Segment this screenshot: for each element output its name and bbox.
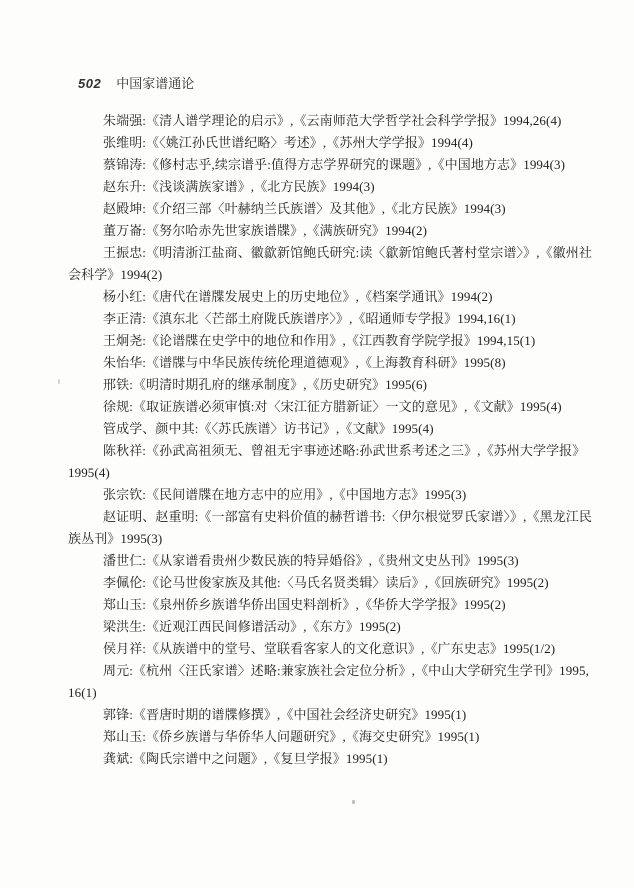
bibliography-entry: 赵东升:《浅谈满族家谱》,《北方民族》1994(3) [68, 176, 578, 198]
bibliography-line: 徐规:《取证族谱必须审慎:对〈宋江征方腊新证〉一文的意见》,《文献》1995(4… [68, 396, 578, 418]
bibliography-entry: 李佩伦:《论马世俊家族及其他:〈马氏名贤类辑〉读后》,《回族研究》1995(2) [68, 572, 578, 594]
bibliography-entry: 龚斌:《陶氏宗谱中之问题》,《复旦学报》1995(1) [68, 748, 578, 770]
bibliography-line: 杨小红:《唐代在谱牒发展史上的历史地位》,《档案学通讯》1994(2) [68, 286, 578, 308]
bibliography-line: 朱怡华:《谱牒与中华民族传统伦理道德观》,《上海教育科研》1995(8) [68, 352, 578, 374]
bibliography-line: 蔡锦涛:《修村志乎,续宗谱乎:值得方志学界研究的课题》,《中国地方志》1994(… [68, 154, 578, 176]
bibliography-line: 1995(4) [68, 462, 578, 484]
bibliography-list: 朱端强:《清人谱学理论的启示》,《云南师范大学哲学社会科学学报》1994,26(… [68, 110, 578, 770]
bibliography-line: 赵证明、赵重明:《一部富有史料价值的赫哲谱书:〈伊尔根觉罗氏家谱〉》,《黑龙江民 [68, 506, 578, 528]
bibliography-line: 侯月祥:《从族谱中的堂号、堂联看客家人的文化意识》,《广东史志》1995(1/2… [68, 638, 578, 660]
book-page: 502中国家谱通论 朱端强:《清人谱学理论的启示》,《云南师范大学哲学社会科学学… [0, 0, 634, 888]
bibliography-line: 赵殿坤:《介绍三部〈叶赫纳兰氏族谱〉及其他》,《北方民族》1994(3) [68, 198, 578, 220]
bibliography-line: 李佩伦:《论马世俊家族及其他:〈马氏名贤类辑〉读后》,《回族研究》1995(2) [68, 572, 578, 594]
bibliography-line: 郑山玉:《泉州侨乡族谱华侨出国史料剖析》,《华侨大学学报》1995(2) [68, 594, 578, 616]
bibliography-entry: 王振忠:《明清浙江盐商、徽歙新馆鲍氏研究:读〈歙新馆鲍氏著村堂宗谱〉》,《徽州社… [68, 242, 578, 286]
bibliography-entry: 朱怡华:《谱牒与中华民族传统伦理道德观》,《上海教育科研》1995(8) [68, 352, 578, 374]
bibliography-line: 王振忠:《明清浙江盐商、徽歙新馆鲍氏研究:读〈歙新馆鲍氏著村堂宗谱〉》,《徽州社 [68, 242, 578, 264]
page-number: 502 [78, 76, 101, 91]
bibliography-entry: 郭锋:《晋唐时期的谱牒修撰》,《中国社会经济史研究》1995(1) [68, 704, 578, 726]
bibliography-entry: 郑山玉:《泉州侨乡族谱华侨出国史料剖析》,《华侨大学学报》1995(2) [68, 594, 578, 616]
bibliography-line: 郭锋:《晋唐时期的谱牒修撰》,《中国社会经济史研究》1995(1) [68, 704, 578, 726]
bibliography-line: 潘世仁:《从家谱看贵州少数民族的特异婚俗》,《贵州文史丛刊》1995(3) [68, 550, 578, 572]
bibliography-entry: 张维明:《〈姚江孙氏世谱纪略〉考述》,《苏州大学学报》1994(4) [68, 132, 578, 154]
scan-speck [58, 379, 60, 384]
bibliography-line: 会科学》1994(2) [68, 264, 578, 286]
bibliography-entry: 赵殿坤:《介绍三部〈叶赫纳兰氏族谱〉及其他》,《北方民族》1994(3) [68, 198, 578, 220]
bibliography-entry: 赵证明、赵重明:《一部富有史料价值的赫哲谱书:〈伊尔根觉罗氏家谱〉》,《黑龙江民… [68, 506, 578, 550]
bibliography-line: 梁洪生:《近观江西民间修谱活动》,《东方》1995(2) [68, 616, 578, 638]
bibliography-line: 王炯尧:《论谱牒在史学中的地位和作用》,《江西教育学院学报》1994,15(1) [68, 330, 578, 352]
bibliography-entry: 周元:《杭州〈汪氏家谱〉述略:兼家族社会定位分析》,《中山大学研究生学刊》199… [68, 660, 578, 704]
bibliography-line: 族丛刊》1995(3) [68, 528, 578, 550]
bibliography-entry: 潘世仁:《从家谱看贵州少数民族的特异婚俗》,《贵州文史丛刊》1995(3) [68, 550, 578, 572]
bibliography-entry: 陈秋祥:《孙武高祖须无、曾祖无宇事迹述略:孙武世系考述之三》,《苏州大学学报》1… [68, 440, 578, 484]
bibliography-entry: 徐规:《取证族谱必须审慎:对〈宋江征方腊新证〉一文的意见》,《文献》1995(4… [68, 396, 578, 418]
bibliography-entry: 邢铁:《明清时期孔府的继承制度》,《历史研究》1995(6) [68, 374, 578, 396]
page-header: 502中国家谱通论 [78, 73, 194, 92]
bibliography-line: 朱端强:《清人谱学理论的启示》,《云南师范大学哲学社会科学学报》1994,26(… [68, 110, 578, 132]
bibliography-entry: 王炯尧:《论谱牒在史学中的地位和作用》,《江西教育学院学报》1994,15(1) [68, 330, 578, 352]
bibliography-entry: 蔡锦涛:《修村志乎,续宗谱乎:值得方志学界研究的课题》,《中国地方志》1994(… [68, 154, 578, 176]
bibliography-entry: 梁洪生:《近观江西民间修谱活动》,《东方》1995(2) [68, 616, 578, 638]
bibliography-entry: 郑山玉:《侨乡族谱与华侨华人问题研究》,《海交史研究》1995(1) [68, 726, 578, 748]
bibliography-entry: 侯月祥:《从族谱中的堂号、堂联看客家人的文化意识》,《广东史志》1995(1/2… [68, 638, 578, 660]
bibliography-line: 董万崙:《努尔哈赤先世家族谱牒》,《满族研究》1994(2) [68, 220, 578, 242]
book-title: 中国家谱通论 [116, 76, 194, 91]
bibliography-line: 张宗钦:《民间谱牒在地方志中的应用》,《中国地方志》1995(3) [68, 484, 578, 506]
scan-speck [352, 800, 355, 804]
bibliography-line: 管成学、颜中其:《〈苏氏族谱〉访书记》,《文献》1995(4) [68, 418, 578, 440]
bibliography-line: 16(1) [68, 682, 578, 704]
bibliography-entry: 朱端强:《清人谱学理论的启示》,《云南师范大学哲学社会科学学报》1994,26(… [68, 110, 578, 132]
bibliography-entry: 杨小红:《唐代在谱牒发展史上的历史地位》,《档案学通讯》1994(2) [68, 286, 578, 308]
bibliography-line: 周元:《杭州〈汪氏家谱〉述略:兼家族社会定位分析》,《中山大学研究生学刊》199… [68, 660, 578, 682]
bibliography-line: 陈秋祥:《孙武高祖须无、曾祖无宇事迹述略:孙武世系考述之三》,《苏州大学学报》 [68, 440, 578, 462]
bibliography-entry: 管成学、颜中其:《〈苏氏族谱〉访书记》,《文献》1995(4) [68, 418, 578, 440]
bibliography-line: 李正清:《滇东北〈芒部土府陇氏族谱序〉》,《昭通师专学报》1994,16(1) [68, 308, 578, 330]
bibliography-entry: 李正清:《滇东北〈芒部土府陇氏族谱序〉》,《昭通师专学报》1994,16(1) [68, 308, 578, 330]
bibliography-entry: 张宗钦:《民间谱牒在地方志中的应用》,《中国地方志》1995(3) [68, 484, 578, 506]
bibliography-line: 郑山玉:《侨乡族谱与华侨华人问题研究》,《海交史研究》1995(1) [68, 726, 578, 748]
bibliography-entry: 董万崙:《努尔哈赤先世家族谱牒》,《满族研究》1994(2) [68, 220, 578, 242]
bibliography-line: 邢铁:《明清时期孔府的继承制度》,《历史研究》1995(6) [68, 374, 578, 396]
bibliography-line: 龚斌:《陶氏宗谱中之问题》,《复旦学报》1995(1) [68, 748, 578, 770]
bibliography-line: 赵东升:《浅谈满族家谱》,《北方民族》1994(3) [68, 176, 578, 198]
bibliography-line: 张维明:《〈姚江孙氏世谱纪略〉考述》,《苏州大学学报》1994(4) [68, 132, 578, 154]
